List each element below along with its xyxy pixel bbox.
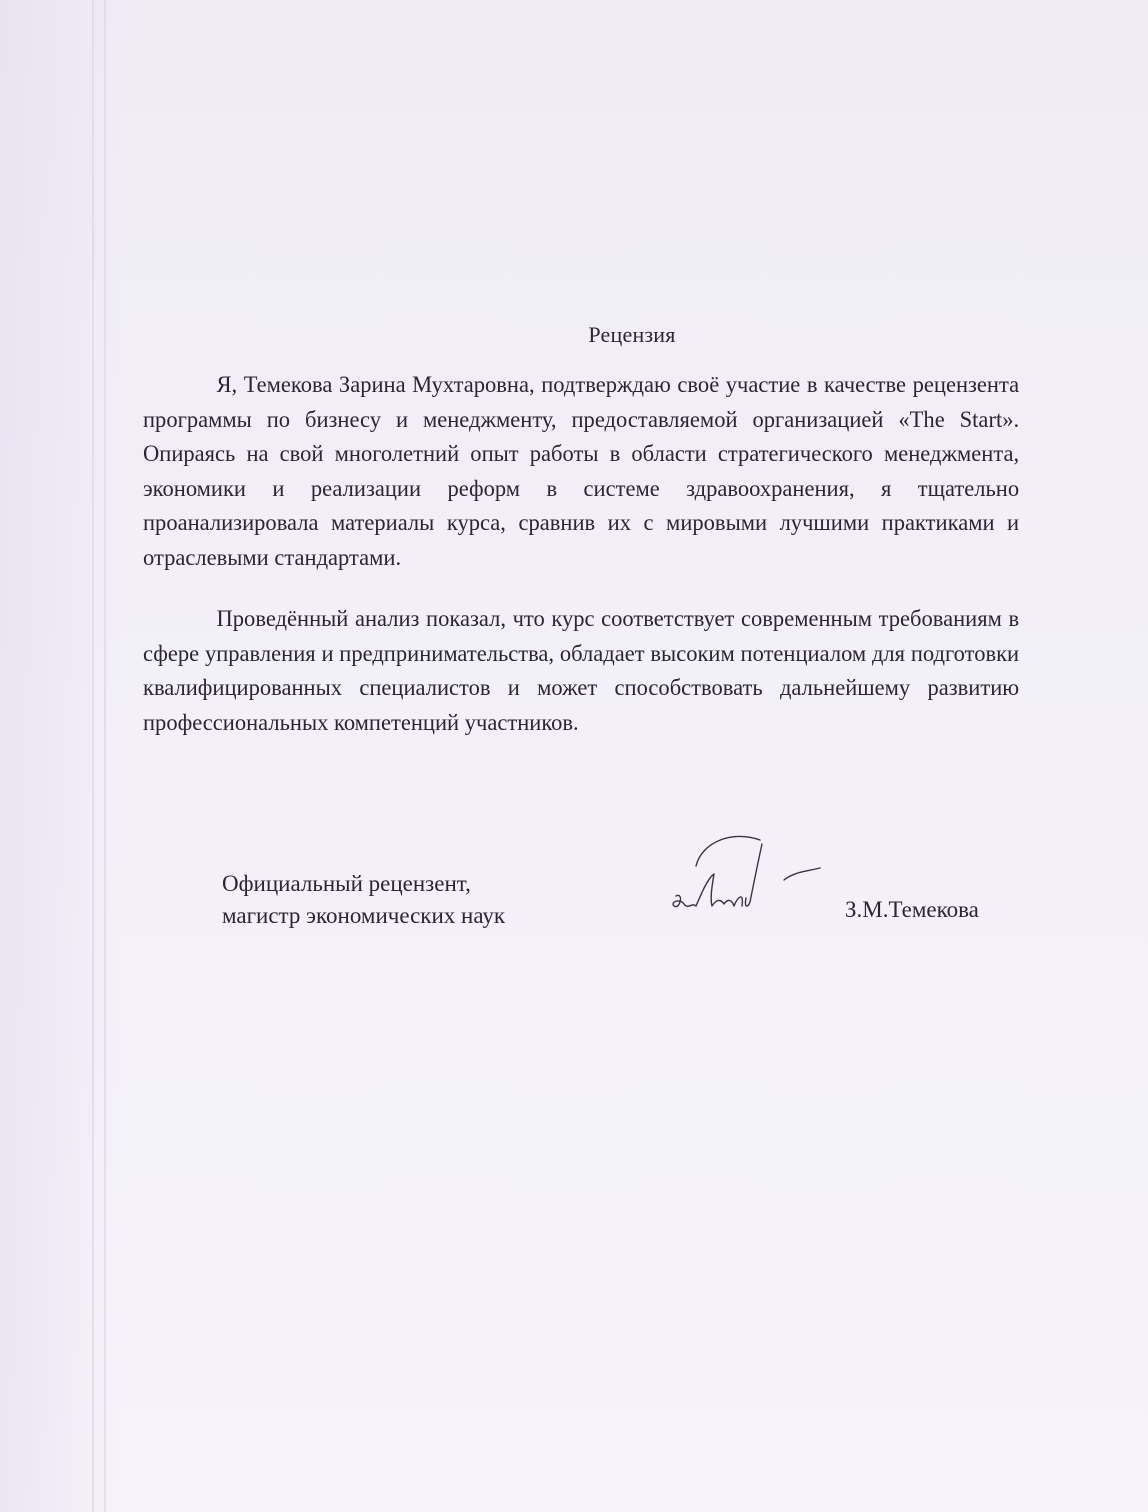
reviewer-role: Официальный рецензент, bbox=[222, 868, 505, 900]
review-conclusion: Проведённый анализ показал, что курс соо… bbox=[143, 602, 1019, 740]
paragraph-participation: Я, Темекова Зарина Мухтаровна, подтвержд… bbox=[143, 368, 1019, 575]
paragraph-analysis: Проведённый анализ показал, что курс соо… bbox=[143, 602, 1019, 740]
reviewer-credentials: Официальный рецензент, магистр экономиче… bbox=[222, 868, 505, 932]
document-title: Рецензия bbox=[0, 322, 1148, 348]
scan-artifact bbox=[92, 0, 94, 1512]
scanned-page: Рецензия Я, Темекова Зарина Мухтаровна, … bbox=[0, 0, 1148, 1512]
scan-artifact bbox=[104, 0, 106, 1512]
reviewer-degree: магистр экономических наук bbox=[222, 900, 505, 932]
review-body: Я, Темекова Зарина Мухтаровна, подтвержд… bbox=[143, 368, 1019, 575]
handwritten-signature-icon bbox=[662, 822, 822, 932]
reviewer-name: З.М.Темекова bbox=[845, 897, 979, 923]
